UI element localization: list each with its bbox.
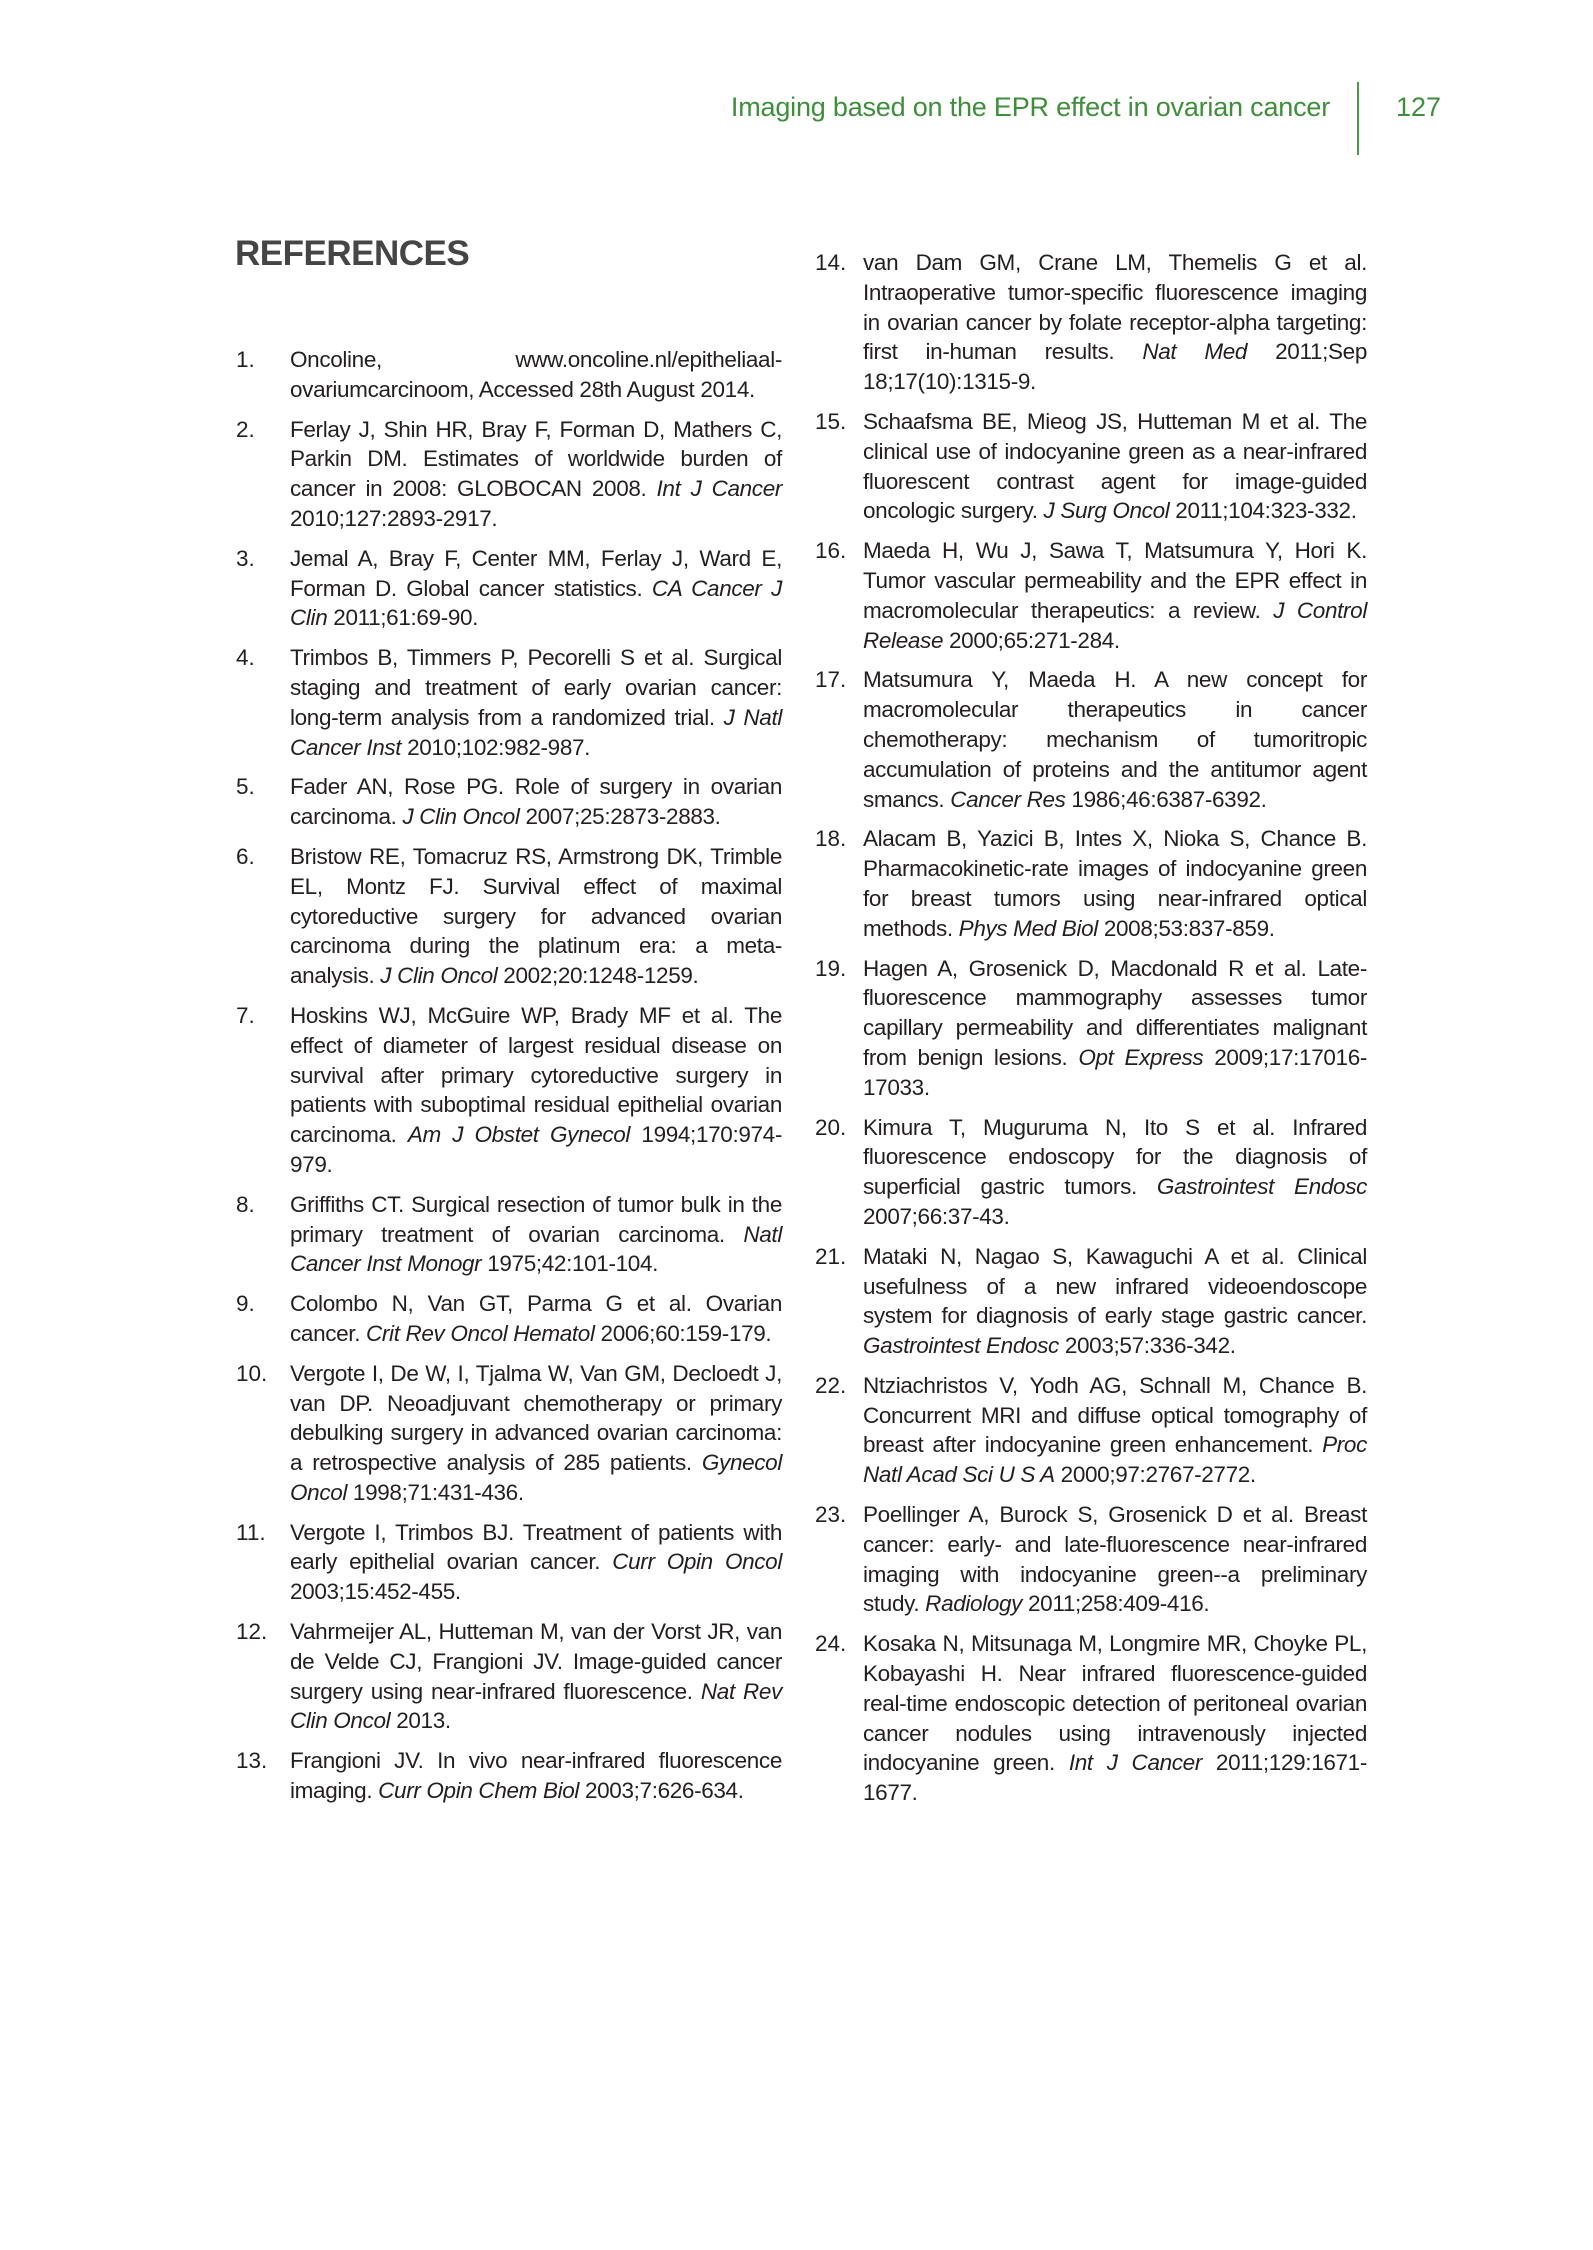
citation-details: 2006;60:159-179. [595, 1321, 772, 1346]
reference-item: 20.Kimura T, Muguruma N, Ito S et al. In… [815, 1113, 1367, 1232]
citation-details: 1975;42:101-104. [481, 1251, 658, 1276]
reference-number: 19. [815, 954, 863, 1103]
reference-text: Frangioni JV. In vivo near-infrared fluo… [290, 1746, 782, 1806]
citation-details: 2003;15:452-455. [290, 1579, 461, 1604]
reference-item: 4.Trimbos B, Timmers P, Pecorelli S et a… [236, 643, 782, 762]
reference-text: Ferlay J, Shin HR, Bray F, Forman D, Mat… [290, 415, 782, 534]
reference-item: 17.Matsumura Y, Maeda H. A new concept f… [815, 665, 1367, 814]
references-column-left: 1.Oncoline, www.oncoline.nl/epitheliaal-… [236, 345, 782, 1816]
citation-details: 1986;46:6387-6392. [1066, 787, 1267, 812]
reference-item: 9.Colombo N, Van GT, Parma G et al. Ovar… [236, 1289, 782, 1349]
reference-text: van Dam GM, Crane LM, Themelis G et al. … [863, 248, 1367, 397]
reference-number: 20. [815, 1113, 863, 1232]
reference-text: Jemal A, Bray F, Center MM, Ferlay J, Wa… [290, 544, 782, 633]
journal-name: Curr Opin Chem Biol [378, 1778, 579, 1803]
reference-number: 10. [236, 1359, 290, 1508]
reference-number: 12. [236, 1617, 290, 1736]
journal-name: Int J Cancer [657, 476, 782, 501]
journal-name: Cancer Res [950, 787, 1065, 812]
reference-number: 18. [815, 824, 863, 943]
citation-body: Trimbos B, Timmers P, Pecorelli S et al.… [290, 645, 782, 730]
reference-number: 6. [236, 842, 290, 991]
journal-name: Radiology [925, 1591, 1022, 1616]
journal-name: J Clin Oncol [402, 804, 519, 829]
reference-item: 5.Fader AN, Rose PG. Role of surgery in … [236, 772, 782, 832]
reference-item: 19.Hagen A, Grosenick D, Macdonald R et … [815, 954, 1367, 1103]
citation-details: 2007;25:2873-2883. [520, 804, 721, 829]
citation-details: 2011;61:69-90. [327, 605, 478, 630]
reference-text: Alacam B, Yazici B, Intes X, Nioka S, Ch… [863, 824, 1367, 943]
page-number: 127 [1396, 92, 1441, 123]
citation-details: 2007;66:37-43. [863, 1204, 1009, 1229]
reference-item: 15.Schaafsma BE, Mieog JS, Hutteman M et… [815, 407, 1367, 526]
citation-details: 2003;7:626-634. [579, 1778, 744, 1803]
reference-number: 14. [815, 248, 863, 397]
reference-text: Kosaka N, Mitsunaga M, Longmire MR, Choy… [863, 1629, 1367, 1808]
reference-item: 16.Maeda H, Wu J, Sawa T, Matsumura Y, H… [815, 536, 1367, 655]
reference-number: 13. [236, 1746, 290, 1806]
reference-text: Maeda H, Wu J, Sawa T, Matsumura Y, Hori… [863, 536, 1367, 655]
citation-details: 1998;71:431-436. [347, 1480, 524, 1505]
reference-item: 2.Ferlay J, Shin HR, Bray F, Forman D, M… [236, 415, 782, 534]
journal-name: Phys Med Biol [959, 916, 1098, 941]
reference-text: Mataki N, Nagao S, Kawaguchi A et al. Cl… [863, 1242, 1367, 1361]
citation-details: 2000;65:271-284. [943, 628, 1120, 653]
journal-name: Opt Express [1078, 1045, 1203, 1070]
reference-item: 22.Ntziachristos V, Yodh AG, Schnall M, … [815, 1371, 1367, 1490]
reference-item: 11.Vergote I, Trimbos BJ. Treatment of p… [236, 1518, 782, 1607]
reference-text: Griffiths CT. Surgical resection of tumo… [290, 1190, 782, 1279]
reference-item: 24.Kosaka N, Mitsunaga M, Longmire MR, C… [815, 1629, 1367, 1808]
reference-item: 12.Vahrmeijer AL, Hutteman M, van der Vo… [236, 1617, 782, 1736]
reference-text: Vahrmeijer AL, Hutteman M, van der Vorst… [290, 1617, 782, 1736]
reference-item: 18.Alacam B, Yazici B, Intes X, Nioka S,… [815, 824, 1367, 943]
journal-name: J Surg Oncol [1044, 498, 1170, 523]
reference-text: Hagen A, Grosenick D, Macdonald R et al.… [863, 954, 1367, 1103]
reference-text: Hoskins WJ, McGuire WP, Brady MF et al. … [290, 1001, 782, 1180]
reference-item: 1.Oncoline, www.oncoline.nl/epitheliaal-… [236, 345, 782, 405]
reference-number: 21. [815, 1242, 863, 1361]
reference-item: 13.Frangioni JV. In vivo near-infrared f… [236, 1746, 782, 1806]
citation-body: Oncoline, www.oncoline.nl/epitheliaal-ov… [290, 347, 782, 402]
reference-text: Fader AN, Rose PG. Role of surgery in ov… [290, 772, 782, 832]
citation-details: 2000;97:2767-2772. [1055, 1462, 1256, 1487]
reference-number: 8. [236, 1190, 290, 1279]
reference-text: Vergote I, De W, I, Tjalma W, Van GM, De… [290, 1359, 782, 1508]
reference-item: 14.van Dam GM, Crane LM, Themelis G et a… [815, 248, 1367, 397]
reference-number: 2. [236, 415, 290, 534]
citation-details: 2002;20:1248-1259. [497, 963, 698, 988]
running-head-title: Imaging based on the EPR effect in ovari… [0, 92, 1330, 123]
reference-text: Trimbos B, Timmers P, Pecorelli S et al.… [290, 643, 782, 762]
reference-number: 17. [815, 665, 863, 814]
citation-body: Ntziachristos V, Yodh AG, Schnall M, Cha… [863, 1373, 1367, 1458]
journal-name: Int J Cancer [1069, 1750, 1202, 1775]
reference-item: 21.Mataki N, Nagao S, Kawaguchi A et al.… [815, 1242, 1367, 1361]
citation-details: 2010;102:982-987. [401, 735, 590, 760]
reference-item: 23.Poellinger A, Burock S, Grosenick D e… [815, 1500, 1367, 1619]
journal-name: Nat Med [1142, 339, 1247, 364]
reference-text: Colombo N, Van GT, Parma G et al. Ovaria… [290, 1289, 782, 1349]
citation-details: 2013. [390, 1708, 450, 1733]
reference-text: Poellinger A, Burock S, Grosenick D et a… [863, 1500, 1367, 1619]
reference-text: Vergote I, Trimbos BJ. Treatment of pati… [290, 1518, 782, 1607]
reference-number: 22. [815, 1371, 863, 1490]
journal-name: Gastrointest Endosc [1157, 1174, 1367, 1199]
citation-details: 2003;57:336-342. [1059, 1333, 1236, 1358]
citation-body: Griffiths CT. Surgical resection of tumo… [290, 1192, 782, 1247]
section-heading: REFERENCES [235, 234, 469, 274]
reference-number: 7. [236, 1001, 290, 1180]
reference-item: 10.Vergote I, De W, I, Tjalma W, Van GM,… [236, 1359, 782, 1508]
citation-details: 2011;104:323-332. [1169, 498, 1356, 523]
journal-name: Crit Rev Oncol Hematol [366, 1321, 595, 1346]
reference-text: Ntziachristos V, Yodh AG, Schnall M, Cha… [863, 1371, 1367, 1490]
reference-number: 9. [236, 1289, 290, 1349]
citation-details: 2010;127:2893-2917. [290, 506, 497, 531]
journal-name: Curr Opin Oncol [612, 1549, 782, 1574]
citation-body: Mataki N, Nagao S, Kawaguchi A et al. Cl… [863, 1244, 1367, 1329]
reference-number: 1. [236, 345, 290, 405]
reference-number: 11. [236, 1518, 290, 1607]
journal-name: J Clin Oncol [380, 963, 497, 988]
reference-number: 4. [236, 643, 290, 762]
reference-number: 23. [815, 1500, 863, 1619]
reference-number: 24. [815, 1629, 863, 1808]
reference-text: Matsumura Y, Maeda H. A new concept for … [863, 665, 1367, 814]
reference-number: 3. [236, 544, 290, 633]
citation-details: 2008;53:837-859. [1098, 916, 1275, 941]
reference-item: 8.Griffiths CT. Surgical resection of tu… [236, 1190, 782, 1279]
references-column-right: 14.van Dam GM, Crane LM, Themelis G et a… [815, 248, 1367, 1818]
citation-details: 2011;258:409-416. [1022, 1591, 1209, 1616]
reference-number: 16. [815, 536, 863, 655]
header-divider [1357, 82, 1359, 155]
reference-number: 5. [236, 772, 290, 832]
journal-name: Gastrointest Endosc [863, 1333, 1059, 1358]
reference-text: Schaafsma BE, Mieog JS, Hutteman M et al… [863, 407, 1367, 526]
reference-item: 7.Hoskins WJ, McGuire WP, Brady MF et al… [236, 1001, 782, 1180]
reference-item: 3.Jemal A, Bray F, Center MM, Ferlay J, … [236, 544, 782, 633]
reference-item: 6.Bristow RE, Tomacruz RS, Armstrong DK,… [236, 842, 782, 991]
reference-text: Bristow RE, Tomacruz RS, Armstrong DK, T… [290, 842, 782, 991]
reference-text: Kimura T, Muguruma N, Ito S et al. Infra… [863, 1113, 1367, 1232]
reference-text: Oncoline, www.oncoline.nl/epitheliaal-ov… [290, 345, 782, 405]
journal-name: Am J Obstet Gynecol [408, 1122, 630, 1147]
reference-number: 15. [815, 407, 863, 526]
